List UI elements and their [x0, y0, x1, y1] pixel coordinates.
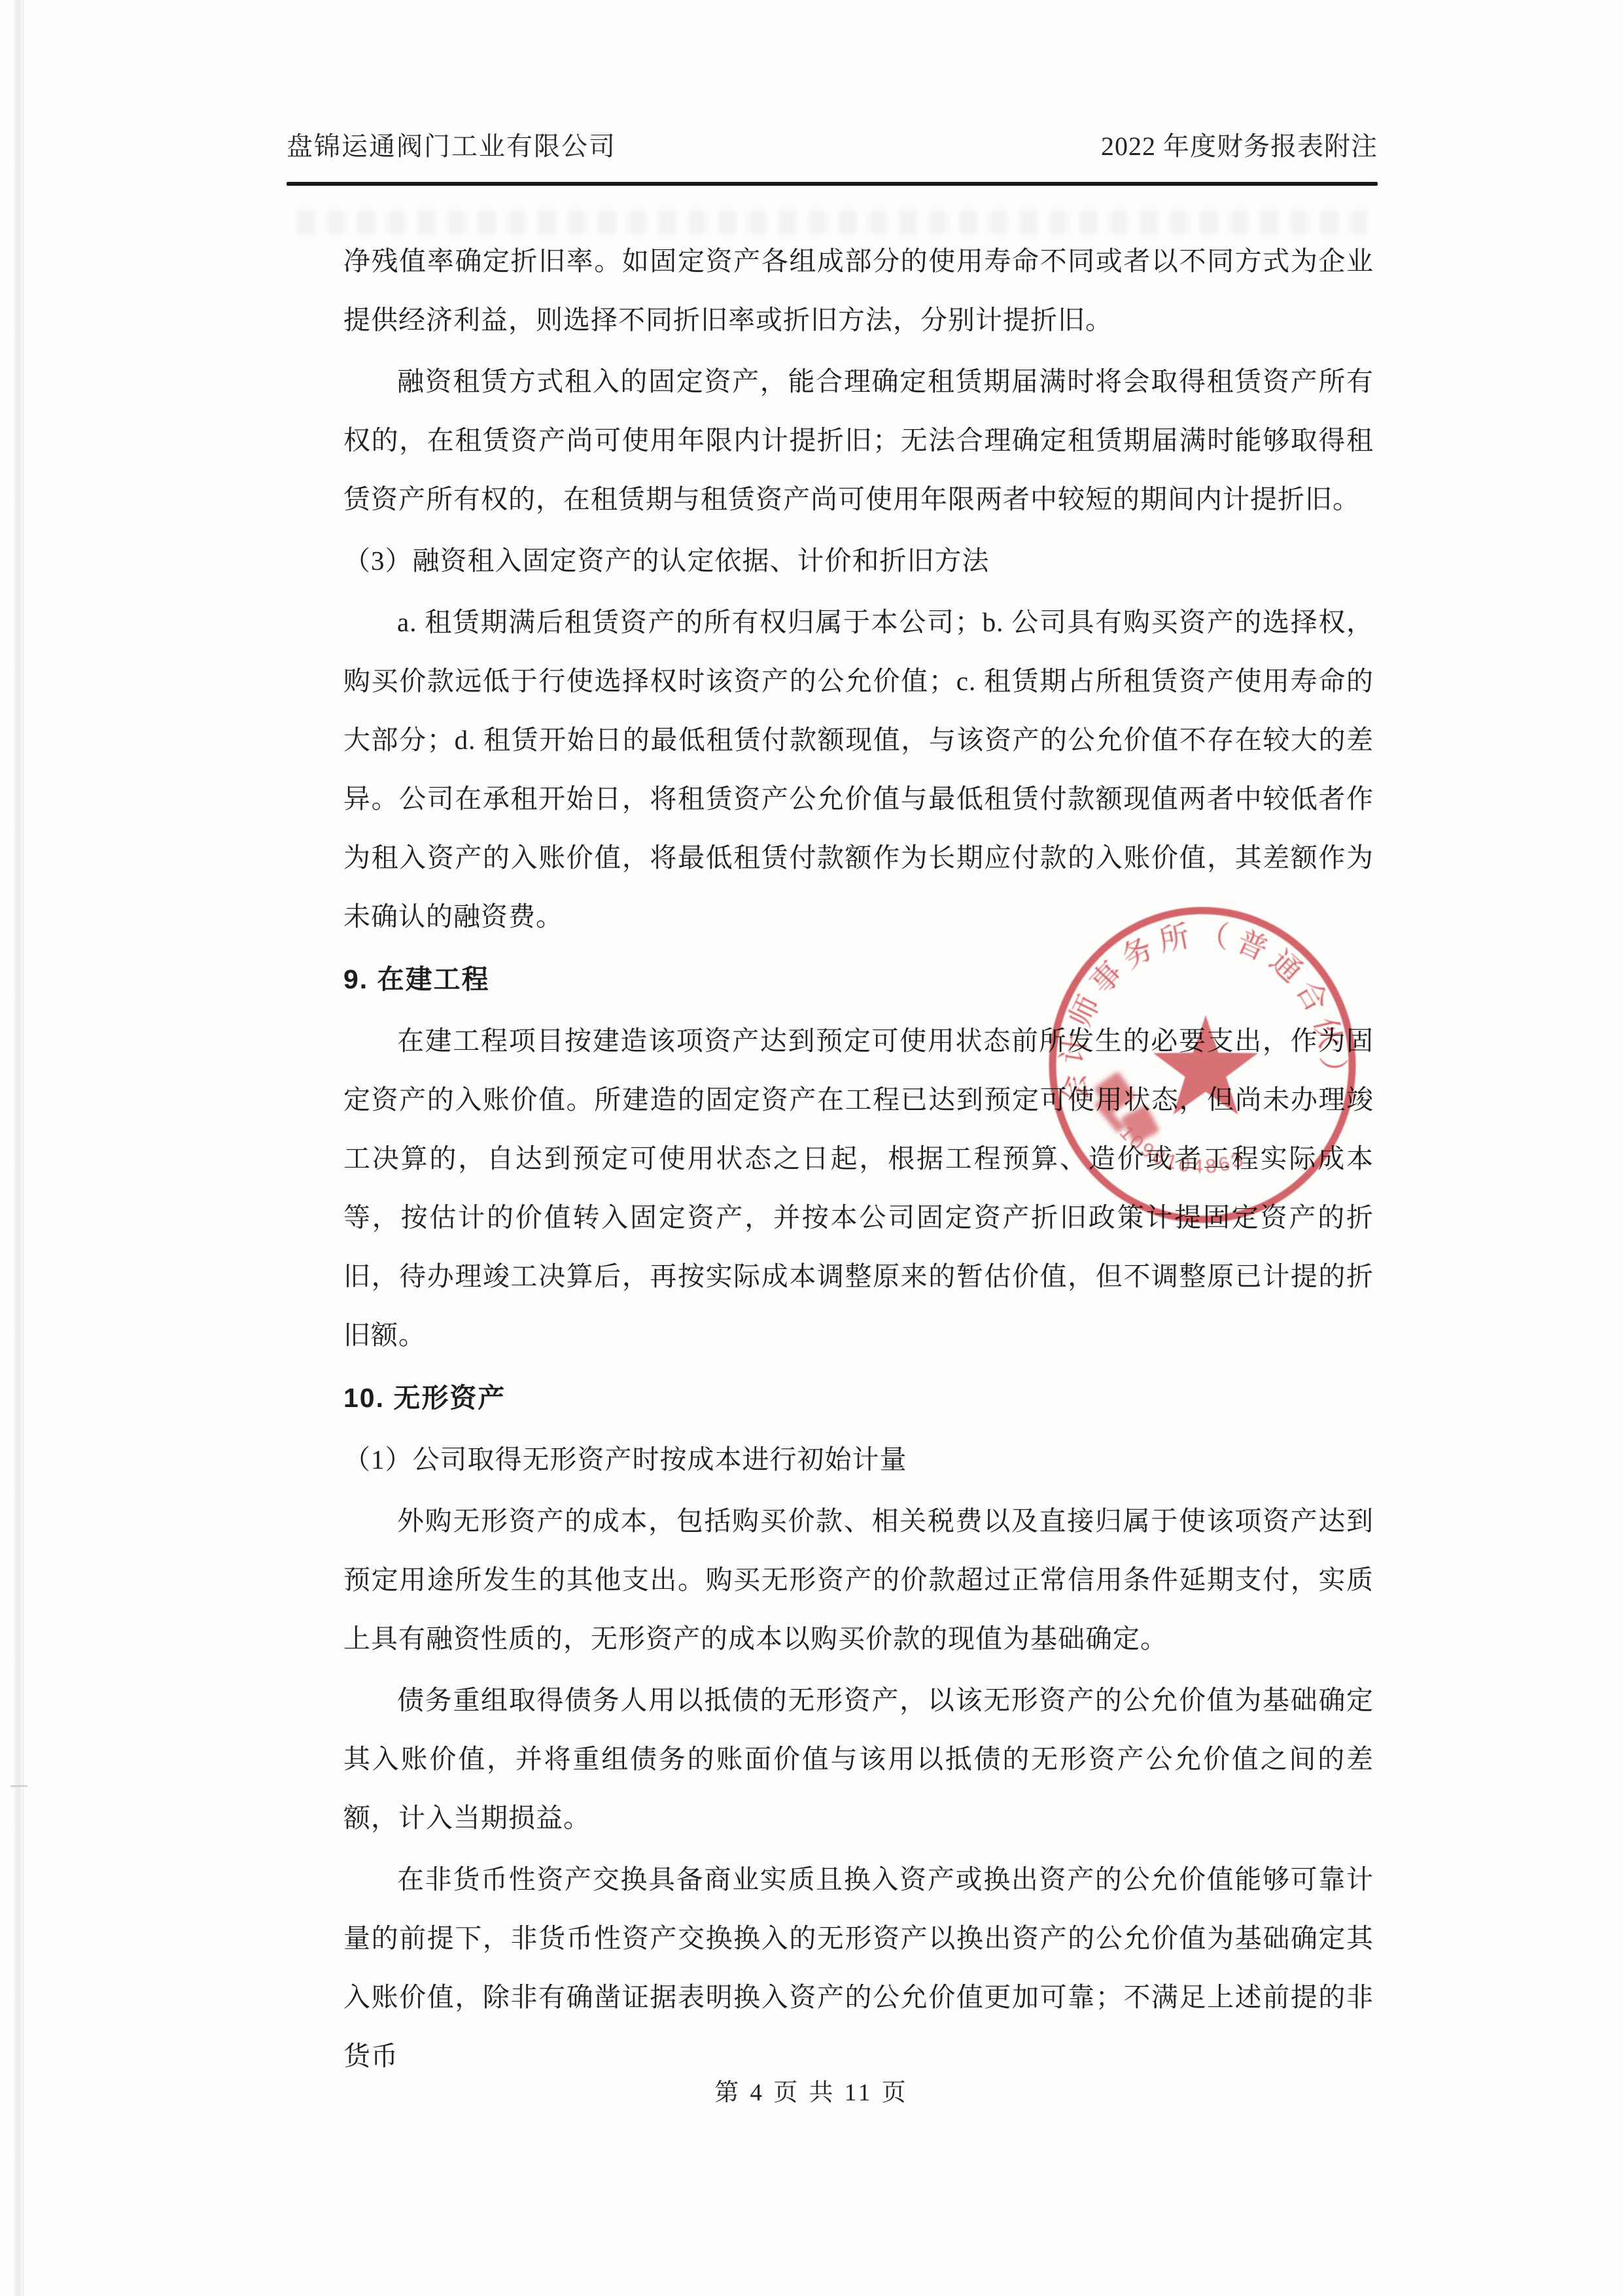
- paragraph-debt-restructuring: 债务重组取得债务人用以抵债的无形资产，以该无形资产的公允价值为基础确定其入账价值…: [343, 1671, 1374, 1847]
- paragraph-nonmonetary-exchange: 在非货币性资产交换具备商业实质且换入资产或换出资产的公允价值能够可靠计量的前提下…: [343, 1850, 1374, 2085]
- company-name: 盘锦运通阀门工业有限公司: [287, 130, 616, 164]
- company-seal-stamp: 会计师事务所（普通合伙） 1098104863: [1042, 901, 1363, 1228]
- header-rule: [287, 182, 1378, 186]
- scan-edge-artifact: [14, 0, 24, 2296]
- scan-edge-tick-artifact: [10, 1785, 27, 1787]
- page-header: 盘锦运通阀门工业有限公司 2022 年度财务报表附注: [287, 130, 1378, 164]
- paragraph-residual-rate: 净残值率确定折旧率。如固定资产各组成部分的使用寿命不同或者以不同方式为企业提供经…: [343, 232, 1374, 349]
- document-title: 2022 年度财务报表附注: [1101, 130, 1378, 164]
- heading-10-intangibles: 10. 无形资产: [343, 1368, 1374, 1427]
- paragraph-finance-lease: 融资租赁方式租入的固定资产，能合理确定租赁期届满时将会取得租赁资产所有权的，在租…: [343, 352, 1374, 529]
- subheading-3-lease-criteria: （3）融资租入固定资产的认定依据、计价和折旧方法: [343, 531, 1374, 590]
- paragraph-lease-abcd: a. 租赁期满后租赁资产的所有权归属于本公司；b. 公司具有购买资产的选择权，购…: [343, 593, 1374, 946]
- page-number-footer: 第 4 页 共 11 页: [0, 2072, 1623, 2108]
- ink-bleed-artifact: [298, 211, 1367, 234]
- paragraph-purchased-intangibles: 外购无形资产的成本，包括购买价款、相关税费以及直接归属于使该项资产达到预定用途所…: [343, 1491, 1374, 1668]
- document-page: 盘锦运通阀门工业有限公司 2022 年度财务报表附注 净残值率确定折旧率。如固定…: [0, 0, 1623, 2296]
- subheading-1-initial-measure: （1）公司取得无形资产时按成本进行初始计量: [343, 1430, 1374, 1489]
- stamp-star: [1153, 1015, 1258, 1115]
